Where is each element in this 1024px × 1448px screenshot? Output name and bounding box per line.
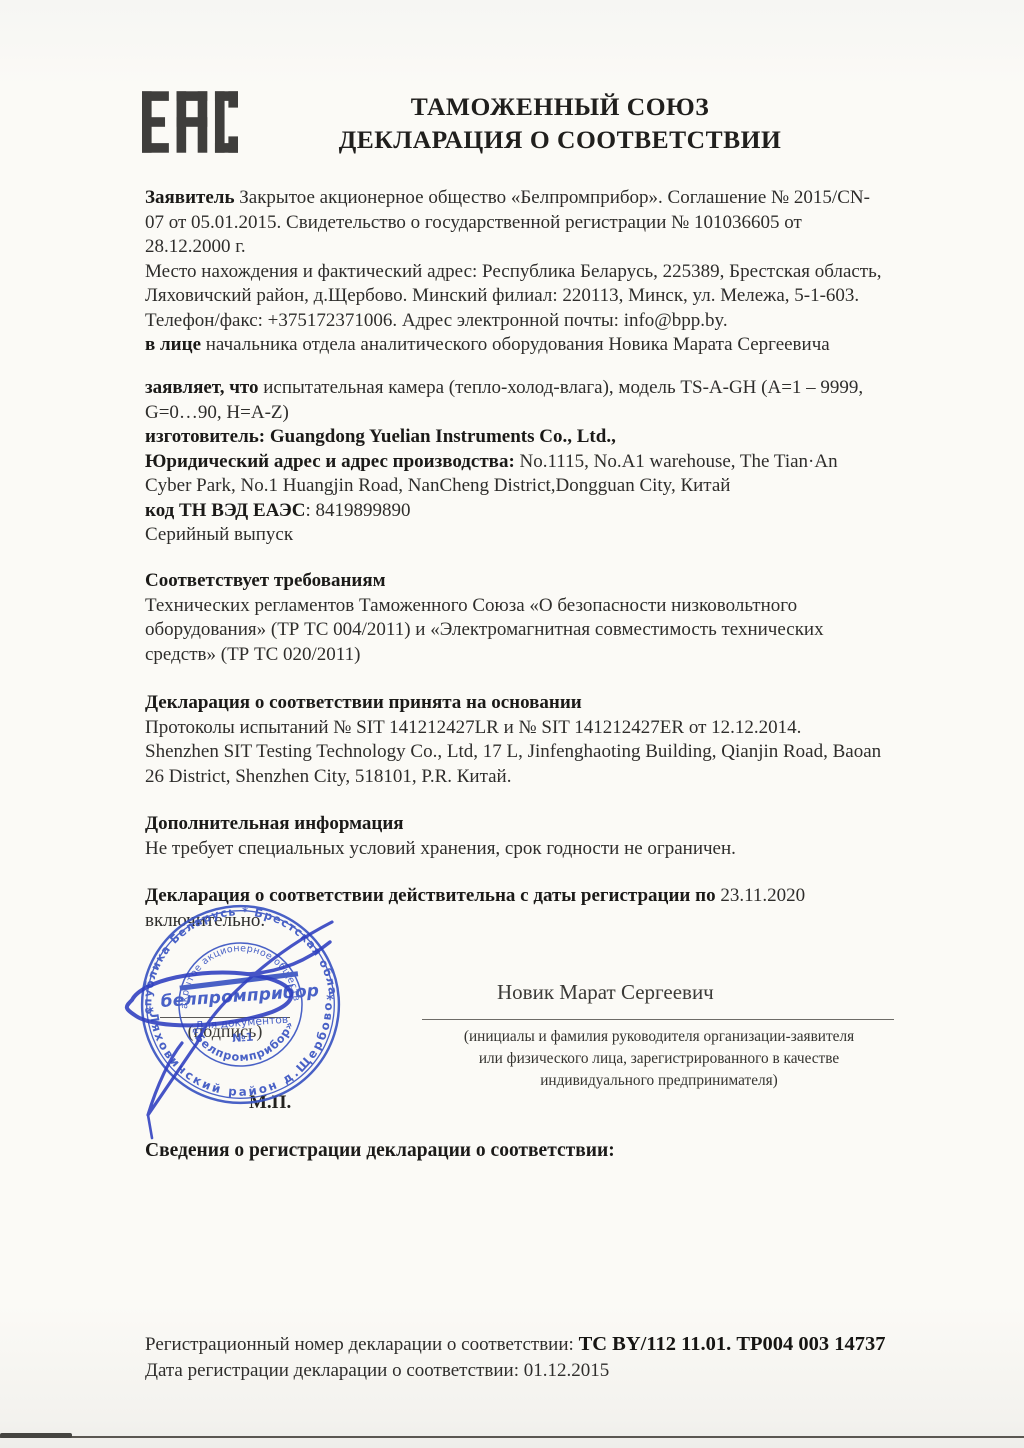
in-person-text: начальника отдела аналитического оборудо… [201, 334, 830, 355]
applicant-address-line-2: Ляховичский район, д.Щербово. Минский фи… [145, 284, 965, 309]
registration-date-label: Дата регистрации декларации о соответств… [145, 1360, 524, 1381]
basis-section: Декларация о соответствии принята на осн… [145, 691, 965, 789]
declares-label: заявляет, что [145, 377, 259, 398]
validity-date: 23.11.2020 [716, 885, 806, 906]
signatory-name-line [422, 1019, 894, 1020]
page-edge-line-left [0, 1433, 72, 1438]
registration-date-value: 01.12.2015 [524, 1360, 610, 1381]
caption-line-1: (инициалы и фамилия руководителя организ… [424, 1026, 894, 1048]
applicant-address-line-1: Место нахождения и фактический адрес: Ре… [145, 260, 965, 285]
signatory-caption: (инициалы и фамилия руководителя организ… [424, 1026, 894, 1092]
tnved-code-label: код ТН ВЭД ЕАЭС [145, 500, 306, 521]
registration-number-value: ТС BY/112 11.01. ТР004 003 14737 [579, 1333, 886, 1355]
serial-production-line: Серийный выпуск [145, 523, 965, 548]
manufacturer-line: изготовитель: Guangdong Yuelian Instrume… [145, 425, 965, 450]
tnved-code-value: : 8419899890 [306, 500, 411, 521]
applicant-line-3: 28.12.2000 г. [145, 235, 965, 260]
legal-address-line-1: No.1115, No.A1 warehouse, The Tian·An [515, 451, 838, 472]
product-section: заявляет, что испытательная камера (тепл… [145, 376, 965, 548]
caption-line-3: индивидуального предпринимателя) [424, 1070, 894, 1092]
title-line-1: ТАМОЖЕННЫЙ СОЮЗ [250, 90, 870, 123]
additional-info-section: Дополнительная информация Не требует спе… [145, 812, 965, 861]
signatory-name: Новик Марат Сергеевич [497, 980, 714, 1005]
compliance-heading: Соответствует требованиям [145, 569, 965, 594]
applicant-section: Заявитель Закрытое акционерное общество … [145, 186, 965, 358]
basis-heading: Декларация о соответствии принята на осн… [145, 691, 965, 716]
basis-line-2: Shenzhen SIT Testing Technology Co., Ltd… [145, 740, 965, 765]
compliance-line-1: Технических регламентов Таможенного Союз… [145, 594, 965, 619]
compliance-line-3: средств» (ТР ТС 020/2011) [145, 643, 965, 668]
eac-mark-icon [142, 90, 238, 154]
compliance-section: Соответствует требованиям Технических ре… [145, 569, 965, 667]
product-line-1: испытательная камера (тепло-холод-влага)… [259, 377, 864, 398]
compliance-line-2: оборудования» (ТР ТС 004/2011) и «Электр… [145, 618, 965, 643]
applicant-line-1: Закрытое акционерное общество «Белпромпр… [235, 187, 870, 208]
title-line-2: ДЕКЛАРАЦИЯ О СООТВЕТСТВИИ [250, 123, 870, 156]
basis-line-3: 26 District, Shenzhen City, 518101, P.R.… [145, 765, 965, 790]
in-person-label: в лице [145, 334, 201, 355]
applicant-line-2: 07 от 05.01.2015. Свидетельство о госуда… [145, 211, 965, 236]
applicant-label: Заявитель [145, 187, 235, 208]
product-line-2: G=0…90, H=A-Z) [145, 401, 965, 426]
legal-address-label: Юридический адрес и адрес производства: [145, 451, 515, 472]
page-title: ТАМОЖЕННЫЙ СОЮЗ ДЕКЛАРАЦИЯ О СООТВЕТСТВИ… [250, 90, 870, 156]
registration-section: Регистрационный номер декларации о соотв… [145, 1331, 886, 1384]
document-page: ТАМОЖЕННЫЙ СОЮЗ ДЕКЛАРАЦИЯ О СООТВЕТСТВИ… [0, 0, 1024, 1448]
caption-line-2: или физического лица, зарегистрированног… [424, 1048, 894, 1070]
basis-line-1: Протоколы испытаний № SIT 141212427LR и … [145, 716, 965, 741]
legal-address-line-2: Cyber Park, No.1 Huangjin Road, NanCheng… [145, 474, 965, 499]
additional-info-heading: Дополнительная информация [145, 812, 965, 837]
additional-info-line: Не требует специальных условий хранения,… [145, 837, 965, 862]
applicant-contact-line: Телефон/факс: +375172371006. Адрес элект… [145, 309, 965, 334]
signature [112, 880, 422, 1160]
page-edge-line [0, 1436, 1024, 1438]
registration-number-label: Регистрационный номер декларации о соотв… [145, 1334, 579, 1355]
